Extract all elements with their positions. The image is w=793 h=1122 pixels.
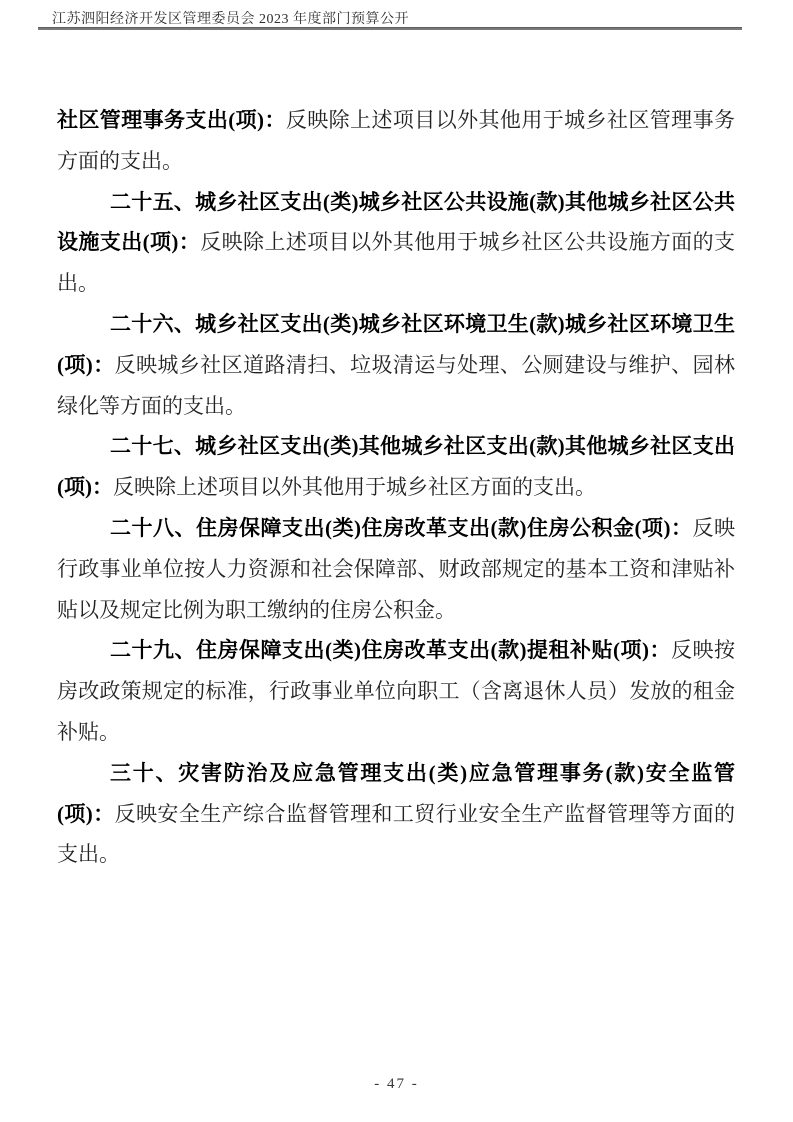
paragraph: 三十、灾害防治及应急管理支出(类)应急管理事务(款)安全监管(项)：反映安全生产…	[57, 753, 735, 875]
page-number: - 47 -	[374, 1076, 419, 1092]
paragraph-heading: 二十九、住房保障支出(类)住房改革支出(款)提租补贴(项)：	[110, 638, 671, 662]
paragraph: 社区管理事务支出(项)：反映除上述项目以外其他用于城乡社区管理事务方面的支出。	[57, 100, 735, 182]
header-title: 江苏泗阳经济开发区管理委员会 2023 年度部门预算公开	[52, 12, 409, 27]
document-body: 社区管理事务支出(项)：反映除上述项目以外其他用于城乡社区管理事务方面的支出。 …	[57, 100, 735, 875]
paragraph: 二十九、住房保障支出(类)住房改革支出(款)提租补贴(项)：反映按房改政策规定的…	[57, 630, 735, 752]
paragraph-heading: 二十八、住房保障支出(类)住房改革支出(款)住房公积金(项)：	[110, 516, 693, 540]
paragraph-heading: 社区管理事务支出(项)：	[57, 108, 286, 132]
page-footer: - 47 -	[0, 1074, 793, 1094]
paragraph: 二十五、城乡社区支出(类)城乡社区公共设施(款)其他城乡社区公共设施支出(项)：…	[57, 182, 735, 304]
paragraph-text: 反映除上述项目以外其他用于城乡社区方面的支出。	[113, 475, 596, 499]
paragraph-text: 反映安全生产综合监督管理和工贸行业安全生产监督管理等方面的支出。	[57, 802, 735, 867]
page-header: 江苏泗阳经济开发区管理委员会 2023 年度部门预算公开	[52, 11, 409, 28]
paragraph: 二十六、城乡社区支出(类)城乡社区环境卫生(款)城乡社区环境卫生(项)：反映城乡…	[57, 304, 735, 426]
header-rule	[38, 27, 742, 30]
paragraph: 二十八、住房保障支出(类)住房改革支出(款)住房公积金(项)：反映行政事业单位按…	[57, 508, 735, 630]
paragraph: 二十七、城乡社区支出(类)其他城乡社区支出(款)其他城乡社区支出(项)：反映除上…	[57, 426, 735, 508]
paragraph-text: 反映城乡社区道路清扫、垃圾清运与处理、公厕建设与维护、园林绿化等方面的支出。	[57, 353, 735, 418]
document-page: 江苏泗阳经济开发区管理委员会 2023 年度部门预算公开 社区管理事务支出(项)…	[0, 0, 793, 1122]
